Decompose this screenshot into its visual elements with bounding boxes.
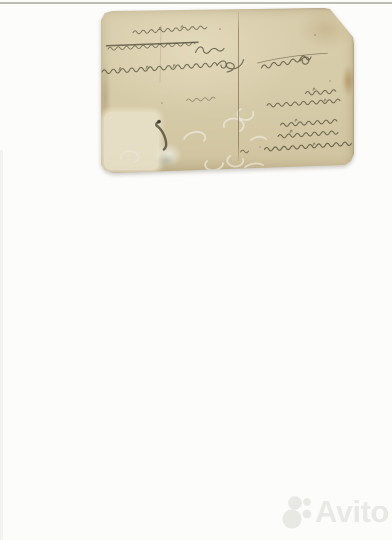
handwriting-line: [133, 26, 207, 34]
handwriting-line: [267, 99, 340, 107]
postcard: [99, 8, 354, 174]
signature-flourish: [258, 53, 328, 63]
postmark-dot: [157, 120, 161, 124]
photo-left-shade: [0, 150, 3, 540]
avito-watermark: Avito: [282, 493, 389, 533]
handwriting: [99, 8, 354, 174]
handwriting-line: [265, 142, 352, 151]
avito-listing-photo: { "watermark": { "brand": "Avito" }, "co…: [0, 0, 392, 540]
handwriting-line: [281, 119, 337, 126]
handwriting-line: [241, 150, 249, 153]
avito-watermark-text: Avito: [315, 493, 389, 531]
photo-top-border: [0, 2, 392, 4]
handwriting-line: [306, 90, 336, 95]
postmark-arc: [156, 122, 166, 150]
handwriting-line: [187, 97, 216, 101]
postcard-back: [99, 8, 354, 174]
handwriting-line: [278, 131, 338, 138]
avito-logo-icon: [282, 493, 314, 531]
